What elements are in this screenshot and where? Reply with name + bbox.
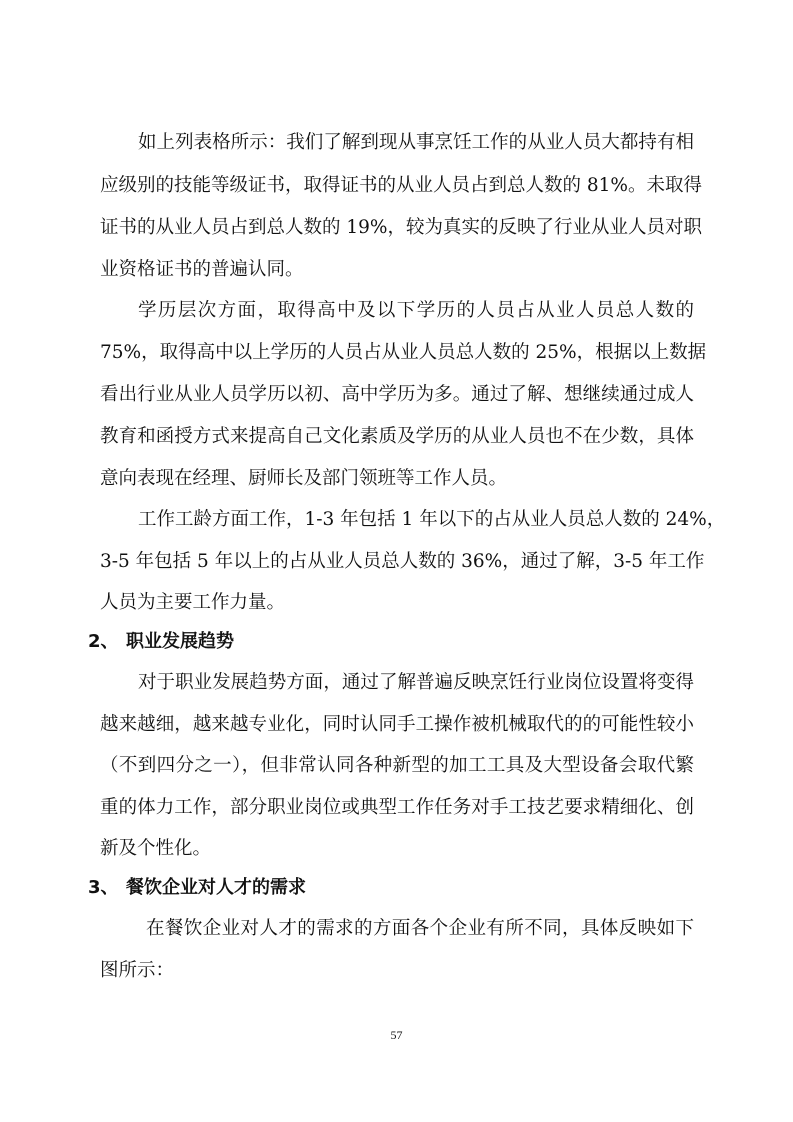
text-line: 在餐饮企业对人才的需求的方面各个企业有所不同，具体反映如下 — [146, 915, 694, 943]
text-line: 图所示： — [100, 957, 694, 985]
text-line: （不到四分之一），但非常认同各种新型的加工工具及大型设备会取代繁 — [100, 752, 694, 780]
text-line: 教育和函授方式来提高自己文化素质及学历的从业人员也不在少数，具体 — [100, 423, 694, 451]
text-line: 工作工龄方面工作，1-3 年包括 1 年以下的占从业人员总人数的 24%， — [138, 506, 694, 534]
text-line: 证书的从业人员占到总人数的 19%，较为真实的反映了行业从业人员对职 — [100, 214, 694, 242]
text-line: 对于职业发展趋势方面，通过了解普遍反映烹饪行业岗位设置将变得 — [138, 669, 694, 697]
page-number: 57 — [0, 1028, 793, 1043]
text-line: 重的体力工作，部分职业岗位或典型工作任务对手工技艺要求精细化、创 — [100, 794, 694, 822]
heading-title: 职业发展趋势 — [126, 631, 234, 652]
text-line: 应级别的技能等级证书，取得证书的从业人员占到总人数的 81%。未取得 — [100, 172, 694, 200]
text-line: 75%，取得高中以上学历的人员占从业人员总人数的 25%，根据以上数据 — [100, 339, 694, 367]
text-line: 看出行业从业人员学历以初、高中学历为多。通过了解、想继续通过成人 — [100, 381, 694, 409]
heading-number: 3、 — [88, 874, 126, 902]
text-line: 3-5 年包括 5 年以上的占从业人员总人数的 36%，通过了解，3-5 年工作 — [100, 548, 694, 576]
text-line: 新及个性化。 — [100, 835, 694, 863]
text-line: 越来越细，越来越专业化，同时认同手工操作被机械取代的的可能性较小 — [100, 711, 694, 739]
text-line: 如上列表格所示：我们了解到现从事烹饪工作的从业人员大都持有相 — [138, 129, 694, 157]
text-line: 学历层次方面，取得高中及以下学历的人员占从业人员总人数的 — [138, 297, 694, 325]
text-line: 意向表现在经理、厨师长及部门领班等工作人员。 — [100, 465, 694, 493]
heading-title: 餐饮企业对人才的需求 — [126, 877, 306, 898]
heading-number: 2、 — [88, 628, 126, 656]
text-line: 人员为主要工作力量。 — [100, 589, 694, 617]
section-heading-career-trend: 2、职业发展趋势 — [88, 628, 234, 656]
section-heading-talent-demand: 3、餐饮企业对人才的需求 — [88, 874, 306, 902]
text-line: 业资格证书的普遍认同。 — [100, 256, 694, 284]
